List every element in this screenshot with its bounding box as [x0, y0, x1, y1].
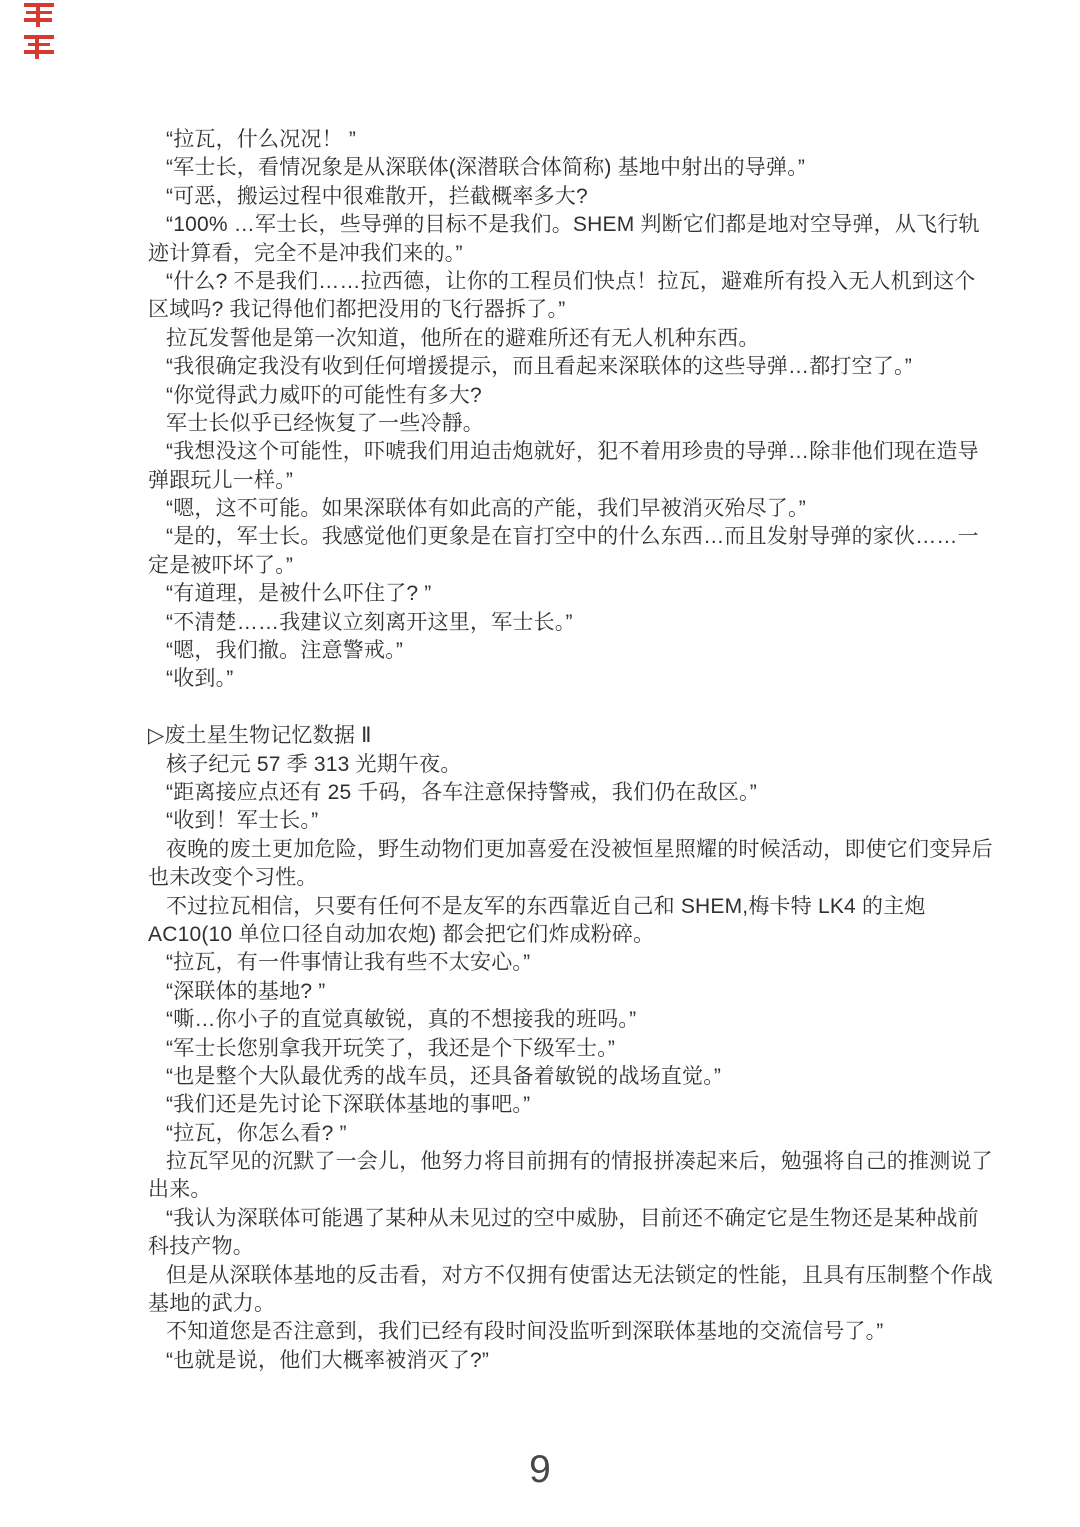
text-line: “也是整个大队最优秀的战车员，还具备着敏锐的战场直觉。”	[148, 1063, 948, 1091]
text-line: “拉瓦，有一件事情让我有些不太安心。”	[148, 949, 948, 977]
text-line: “可恶，搬运过程中很难散开，拦截概率多大?	[148, 183, 948, 211]
page-text: “拉瓦，什么况况！ ” “军士长，看情况象是从深联体(深潜联合体简称) 基地中射…	[148, 126, 948, 1375]
text-line: 也未改变个习性。	[148, 864, 948, 892]
text-line: AC10(10 单位口径自动加农炮) 都会把它们炸成粉碎。	[148, 921, 948, 949]
red-stamp-fragment-icon	[24, 1, 58, 63]
text-line: “我很确定我没有收到任何增援提示，而且看起来深联体的这些导弹…都打空了。”	[148, 353, 948, 381]
text-line: “嗯，我们撤。注意警戒。”	[148, 637, 948, 665]
text-line: “什么? 不是我们……拉西德，让你的工程员们快点！拉瓦，避难所有投入无人机到这个	[148, 268, 948, 296]
text-line: 拉瓦发誓他是第一次知道，他所在的避难所还有无人机种东西。	[148, 325, 948, 353]
text-line: “收到！军士长。”	[148, 807, 948, 835]
text-line: 出来。	[148, 1176, 948, 1204]
text-line: 区域吗? 我记得他们都把没用的飞行器拆了。”	[148, 296, 948, 324]
text-line: 定是被吓坏了。”	[148, 552, 948, 580]
text-line: 军士长似乎已经恢复了一些冷靜。	[148, 410, 948, 438]
text-line: “也就是说，他们大概率被消灭了?”	[148, 1347, 948, 1375]
text-line: “我们还是先讨论下深联体基地的事吧。”	[148, 1091, 948, 1119]
text-line: 拉瓦罕见的沉默了一会儿，他努力将目前拥有的情报拼凑起来后，勉强将自己的推测说了	[148, 1148, 948, 1176]
text-line: “不清楚……我建议立刻离开这里，军士长。”	[148, 609, 948, 637]
text-line: 不过拉瓦相信，只要有任何不是友军的东西靠近自己和 SHEM,梅卡特 LK4 的主…	[148, 893, 948, 921]
text-line: 夜晚的废土更加危险，野生动物们更加喜爱在没被恒星照耀的时候活动，即使它们变异后	[148, 836, 948, 864]
page-number: 9	[0, 1448, 1080, 1492]
text-line: “拉瓦，什么况况！ ”	[148, 126, 948, 154]
text-line: “有道理，是被什么吓住了? ”	[148, 580, 948, 608]
text-line: 弹跟玩儿一样。”	[148, 467, 948, 495]
text-line: “嘶…你小子的直觉真敏锐，真的不想接我的班吗。”	[148, 1006, 948, 1034]
text-line: “拉瓦，你怎么看? ”	[148, 1120, 948, 1148]
text-line: “你觉得武力威吓的可能性有多大?	[148, 382, 948, 410]
text-line: 迹计算看，完全不是冲我们来的。”	[148, 240, 948, 268]
text-line: “我认为深联体可能遇了某种从未见过的空中威胁，目前还不确定它是生物还是某种战前	[148, 1205, 948, 1233]
text-line: 不知道您是否注意到，我们已经有段时间没监听到深联体基地的交流信号了。”	[148, 1318, 948, 1346]
text-line: “嗯，这不可能。如果深联体有如此高的产能，我们早被消灭殆尽了。”	[148, 495, 948, 523]
text-line: “军士长，看情况象是从深联体(深潜联合体简称) 基地中射出的导弹。”	[148, 154, 948, 182]
book-page: { "page": { "number": "9", "background_c…	[0, 0, 1080, 1527]
text-line: “100% …军士长，些导弹的目标不是我们。SHEM 判断它们都是地对空导弹，从…	[148, 211, 948, 239]
text-line: “深联体的基地? ”	[148, 978, 948, 1006]
section-heading: ▷废土星生物记忆数据 Ⅱ	[148, 722, 948, 750]
text-line: 科技产物。	[148, 1233, 948, 1261]
text-line: “收到。”	[148, 665, 948, 693]
text-line: 核子纪元 57 季 313 光期午夜。	[148, 751, 948, 779]
text-line: “是的，军士长。我感觉他们更象是在盲打空中的什么东西…而且发射导弹的家伙……一	[148, 523, 948, 551]
text-line: “距离接应点还有 25 千码，各车注意保持警戒，我们仍在敌区。”	[148, 779, 948, 807]
text-line: 基地的武力。	[148, 1290, 948, 1318]
text-line: “军士长您别拿我开玩笑了，我还是个下级军士。”	[148, 1035, 948, 1063]
text-line: 但是从深联体基地的反击看，对方不仅拥有使雷达无法锁定的性能，且具有压制整个作战	[148, 1262, 948, 1290]
text-line: “我想没这个可能性，吓唬我们用迫击炮就好，犯不着用珍贵的导弹…除非他们现在造导	[148, 438, 948, 466]
